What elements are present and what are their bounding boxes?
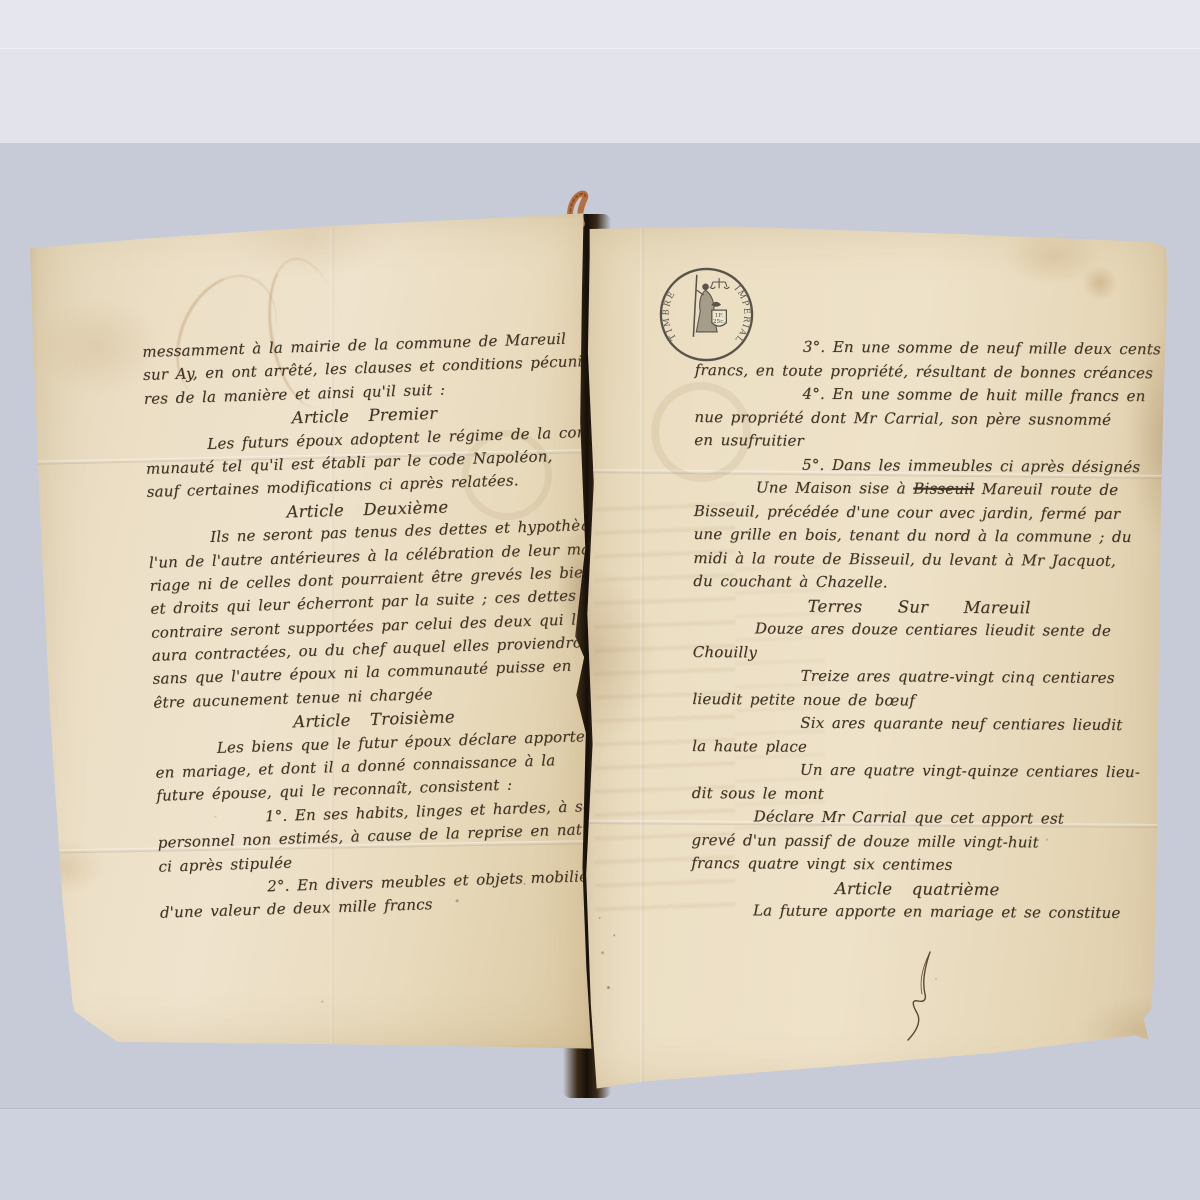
manuscript-line: La future apporte en mariage et se const… — [691, 899, 1143, 926]
stamp-denomination-centimes: 25c. — [713, 319, 726, 325]
stamp-denomination-francs: 1F. — [715, 313, 724, 319]
left-page: messamment à la mairie de la commune de … — [30, 212, 592, 1052]
manuscript-line: lieudit petite noue de bœuf — [692, 687, 1144, 714]
manuscript-text-left: messamment à la mairie de la commune de … — [142, 327, 600, 925]
manuscript-line: 3°. En une somme de neuf mille deux cent… — [695, 335, 1147, 362]
manuscript-text-right: 3°. En une somme de neuf mille deux cent… — [691, 335, 1147, 926]
manuscript-line: en usufruitier — [694, 429, 1146, 456]
manuscript-line: une grille en bois, tenant du nord à la … — [694, 523, 1146, 550]
manuscript-line: grevé d'un passif de douze mille vingt-h… — [691, 828, 1143, 855]
manuscript-line: Six ares quarante neuf centiares lieudit — [692, 711, 1144, 738]
manuscript-line: francs quatre vingt six centimes — [691, 852, 1143, 879]
manuscript-line: du couchant à Chazelle. — [693, 570, 1145, 597]
stamp-label-timbre: TIMBRE — [660, 288, 678, 342]
folded-corner — [70, 1004, 122, 1048]
manuscript-line: Une Maison sise à Bisseuil Mareuil route… — [694, 476, 1146, 503]
manuscript-line: Chouilly — [693, 640, 1145, 667]
manuscript-line: midi à la route de Bisseuil, du levant à… — [693, 546, 1145, 573]
manuscript-line: Douze ares douze centiares lieudit sente… — [693, 617, 1145, 644]
manuscript-line: Bisseuil, précédée d'une cour avec jardi… — [694, 499, 1146, 526]
right-page-crease — [640, 222, 644, 1092]
svg-text:TIMBRE: TIMBRE — [660, 288, 678, 342]
right-page: TIMBRE IMPERIAL 1F. 25c. 3°. En une somm… — [585, 222, 1170, 1092]
paraph-flourish — [890, 950, 950, 1042]
manuscript-line: 4°. En une somme de huit mille francs en — [695, 382, 1147, 409]
manuscript-line: nue propriété dont Mr Carrial, son père … — [694, 405, 1146, 432]
manuscript-line: la haute place — [692, 734, 1144, 761]
backdrop-top-strip — [0, 0, 1200, 49]
manuscript-line: francs, en toute propriété, résultant de… — [695, 358, 1147, 385]
manuscript-line: Terres Sur Mareuil — [693, 593, 1145, 620]
manuscript-line: 5°. Dans les immeubles ci après désignés — [694, 452, 1146, 479]
photo-backdrop: messamment à la mairie de la commune de … — [0, 0, 1200, 1200]
manuscript-line: Déclare Mr Carrial que cet apport est — [692, 805, 1144, 832]
manuscript-line: dit sous le mont — [692, 781, 1144, 808]
backdrop-bottom-band — [0, 1108, 1200, 1200]
manuscript-line: Treize ares quatre-vingt cinq centiares — [693, 664, 1145, 691]
manuscript-line: Un are quatre vingt-quinze centiares lie… — [692, 758, 1144, 785]
manuscript-line: Article quatrième — [691, 875, 1143, 902]
struck-through-word: Bisseuil — [913, 480, 974, 498]
